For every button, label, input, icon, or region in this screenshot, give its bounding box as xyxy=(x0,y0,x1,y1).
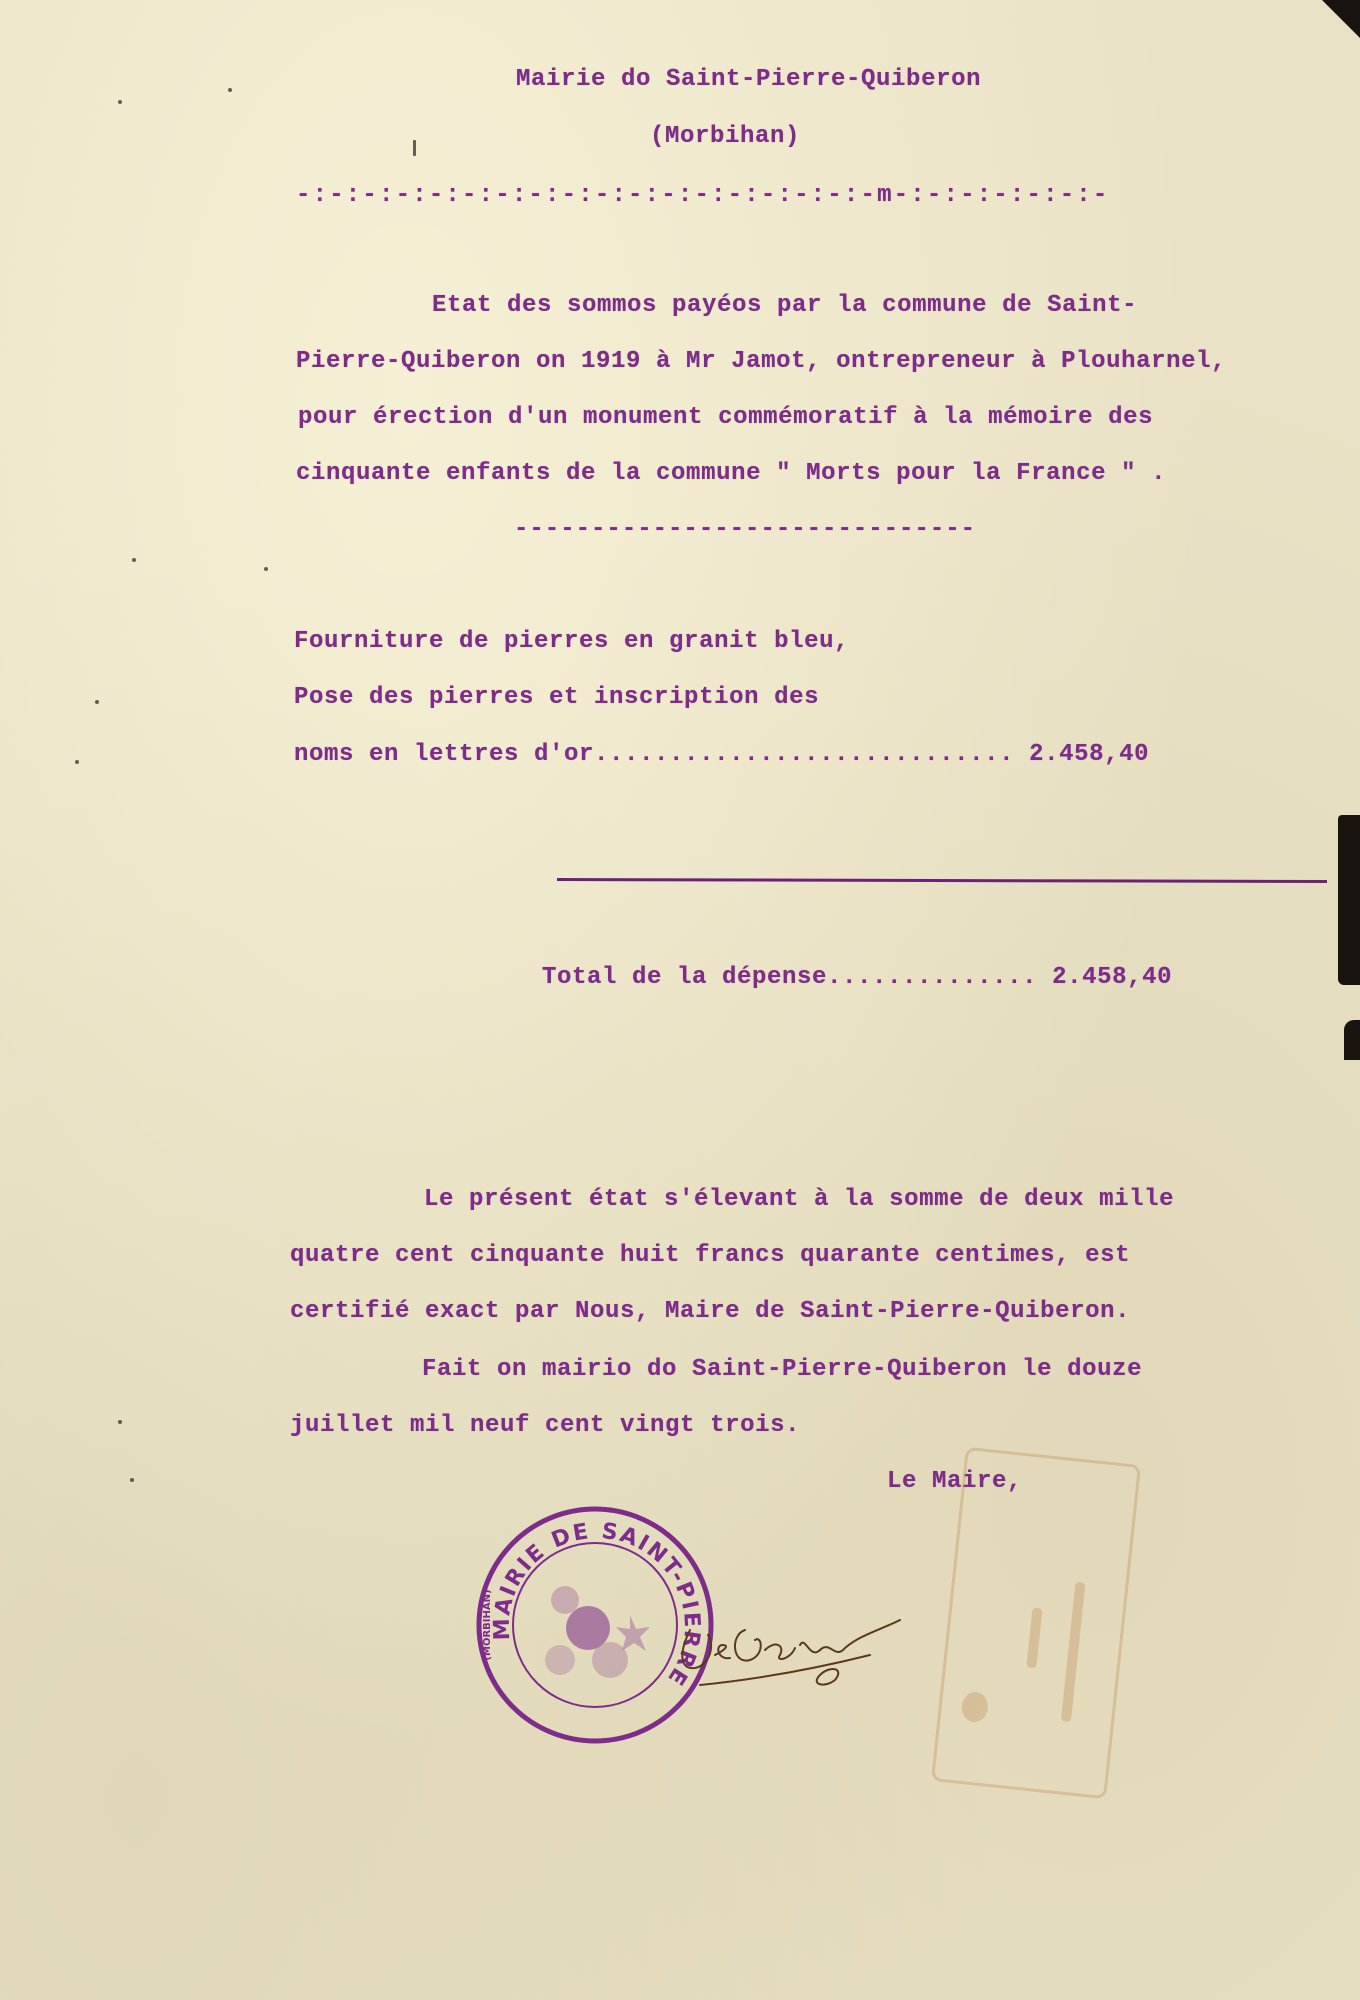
torn-edge xyxy=(1338,815,1360,985)
item-line: Fourniture de pierres en granit bleu, xyxy=(294,628,849,655)
header-separator: -:-:-:-:-:-:-:-:-:-:-:-:-:-:-:-:-:-m-:-:… xyxy=(296,182,1110,209)
speck xyxy=(118,100,122,104)
document-header-title: Mairie do Saint-Pierre-Quiberon xyxy=(516,66,981,93)
speck xyxy=(413,140,416,156)
intro-separator: ------------------------------ xyxy=(514,516,976,543)
speck xyxy=(264,567,268,571)
speck xyxy=(75,760,79,764)
speck xyxy=(228,88,232,92)
total-rule xyxy=(557,878,1327,883)
speck xyxy=(130,1478,134,1482)
certification-line: certifié exact par Nous, Maire de Saint-… xyxy=(290,1298,1130,1325)
document-header-subtitle: (Morbihan) xyxy=(650,123,800,150)
done-at-line: juillet mil neuf cent vingt trois. xyxy=(290,1412,800,1439)
intro-line: cinquante enfants de la commune " Morts … xyxy=(296,460,1166,487)
speck xyxy=(118,1420,122,1424)
speck xyxy=(95,700,99,704)
intro-line: Pierre-Quiberon on 1919 à Mr Jamot, ontr… xyxy=(296,348,1226,375)
intro-line: pour érection d'un monument commémoratif… xyxy=(298,404,1153,431)
item-line-amount: noms en lettres d'or....................… xyxy=(294,741,1149,768)
certification-line: Le présent état s'élevant à la somme de … xyxy=(424,1186,1174,1213)
speck xyxy=(132,558,136,562)
item-line: Pose des pierres et inscription des xyxy=(294,684,819,711)
total-line: Total de la dépense.............. 2.458,… xyxy=(542,964,1172,991)
torn-corner xyxy=(1322,0,1360,38)
intro-line: Etat des sommos payéos par la commune de… xyxy=(432,292,1137,319)
mayor-signature xyxy=(670,1590,910,1700)
done-at-line: Fait on mairio do Saint-Pierre-Quiberon … xyxy=(422,1356,1142,1383)
stamp-side-text: (MORBIHAN) xyxy=(482,1589,493,1660)
document-page: { "header": { "title": "Mairie do Saint-… xyxy=(0,0,1360,2000)
certification-line: quatre cent cinquante huit francs quaran… xyxy=(290,1242,1130,1269)
faint-rectangular-stamp xyxy=(931,1447,1141,1800)
torn-edge xyxy=(1344,1020,1360,1060)
